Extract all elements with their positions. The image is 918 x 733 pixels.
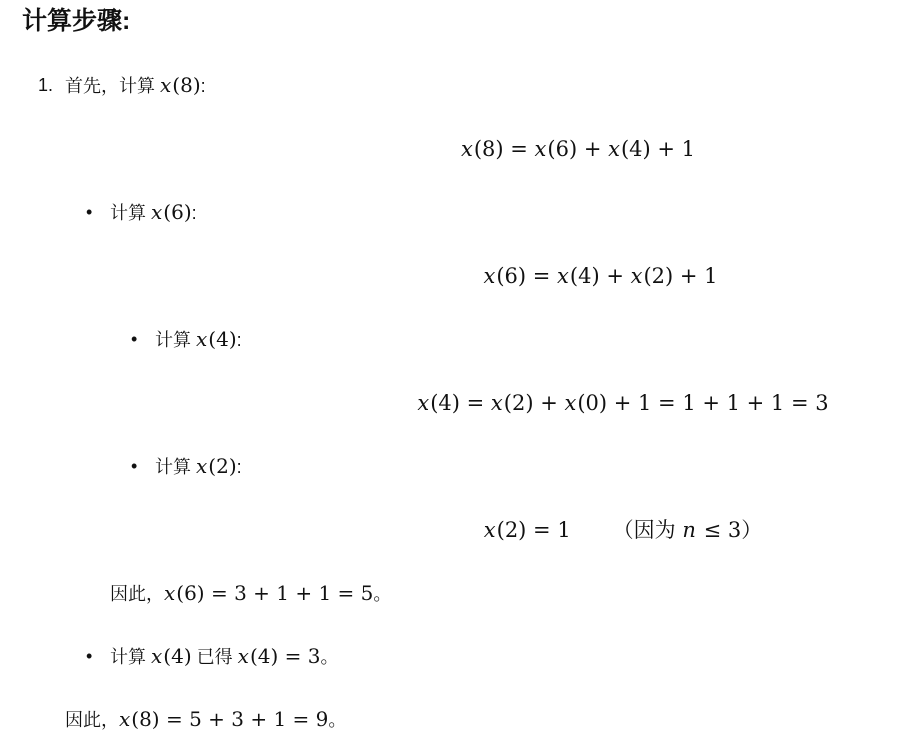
inline-math: x(8) = 5 + 3 + 1 = 9	[119, 707, 328, 731]
calc-x6-label: 计算 x(6):	[110, 198, 896, 227]
note-x4-text-2: 已得	[192, 647, 238, 667]
calc-x6-text: 计算	[110, 203, 151, 223]
calc-x4-label: 计算 x(4):	[155, 325, 896, 354]
note-x4-period: 。	[320, 647, 338, 667]
document: 计算步骤: 1. 首先，计算 x(8): x(8) = x(6) + x(4) …	[0, 0, 918, 733]
calc-x4-text: 计算	[155, 330, 196, 350]
calc-x4-colon: :	[237, 330, 242, 350]
bullet-marker: •	[131, 452, 137, 480]
inline-math: x(6) = 3 + 1 + 1 = 5	[164, 581, 373, 605]
step-1-intro-text: 首先，计算	[65, 76, 160, 96]
display-equation-x4: x(4) = x(2) + x(0) + 1 = 1 + 1 + 1 = 3	[155, 388, 896, 418]
conclusion-x6: 因此，x(6) = 3 + 1 + 1 = 5。	[110, 579, 896, 608]
display-equation-x2: x(2) = 1 （因为 n ≤ 3）	[155, 515, 896, 545]
inline-math: x(8)	[160, 73, 201, 97]
list-item-note-x4: • 计算 x(4) 已得 x(4) = 3。	[110, 642, 896, 671]
conclusion-x8-text: 因此，	[65, 710, 119, 730]
calc-x6-colon: :	[192, 203, 197, 223]
note-x4-text-1: 计算	[110, 647, 151, 667]
bullet-list-level-2: • 计算 x(6): x(6) = x(4) + x(2) + 1 • 计算 x…	[65, 198, 896, 671]
inline-math: x(4)	[196, 327, 237, 351]
page-title: 计算步骤:	[22, 5, 896, 37]
list-item-calc-x6: • 计算 x(6): x(6) = x(4) + x(2) + 1 • 计算 x…	[110, 198, 896, 608]
list-item-calc-x2: • 计算 x(2): x(2) = 1 （因为 n ≤ 3）	[155, 452, 896, 545]
bullet-marker: •	[86, 198, 92, 226]
ordered-list-number: 1.	[38, 71, 53, 99]
bullet-marker: •	[131, 325, 137, 353]
calc-x2-label: 计算 x(2):	[155, 452, 896, 481]
bullet-marker: •	[86, 642, 92, 670]
step-1-intro: 首先，计算 x(8):	[65, 71, 896, 100]
conclusion-x8-period: 。	[328, 710, 346, 730]
list-item-step-1: 1. 首先，计算 x(8): x(8) = x(6) + x(4) + 1 • …	[65, 71, 896, 733]
inline-math: x(6)	[151, 200, 192, 224]
inline-math: x(2)	[196, 454, 237, 478]
ordered-list: 1. 首先，计算 x(8): x(8) = x(6) + x(4) + 1 • …	[22, 71, 896, 733]
inline-math: x(4)	[151, 644, 192, 668]
note-x4: 计算 x(4) 已得 x(4) = 3。	[110, 642, 896, 671]
conclusion-x6-text: 因此，	[110, 584, 164, 604]
display-equation-x8: x(8) = x(6) + x(4) + 1	[65, 134, 896, 164]
bullet-list-level-3: • 计算 x(4): x(4) = x(2) + x(0) + 1 = 1 + …	[110, 325, 896, 545]
conclusion-x8: 因此，x(8) = 5 + 3 + 1 = 9。	[65, 705, 896, 733]
list-item-calc-x4: • 计算 x(4): x(4) = x(2) + x(0) + 1 = 1 + …	[155, 325, 896, 418]
calc-x2-colon: :	[237, 457, 242, 477]
step-1-intro-colon: :	[201, 76, 206, 96]
display-equation-x6: x(6) = x(4) + x(2) + 1	[110, 261, 896, 291]
inline-math: x(4) = 3	[238, 644, 321, 668]
conclusion-x6-period: 。	[373, 584, 391, 604]
calc-x2-text: 计算	[155, 457, 196, 477]
